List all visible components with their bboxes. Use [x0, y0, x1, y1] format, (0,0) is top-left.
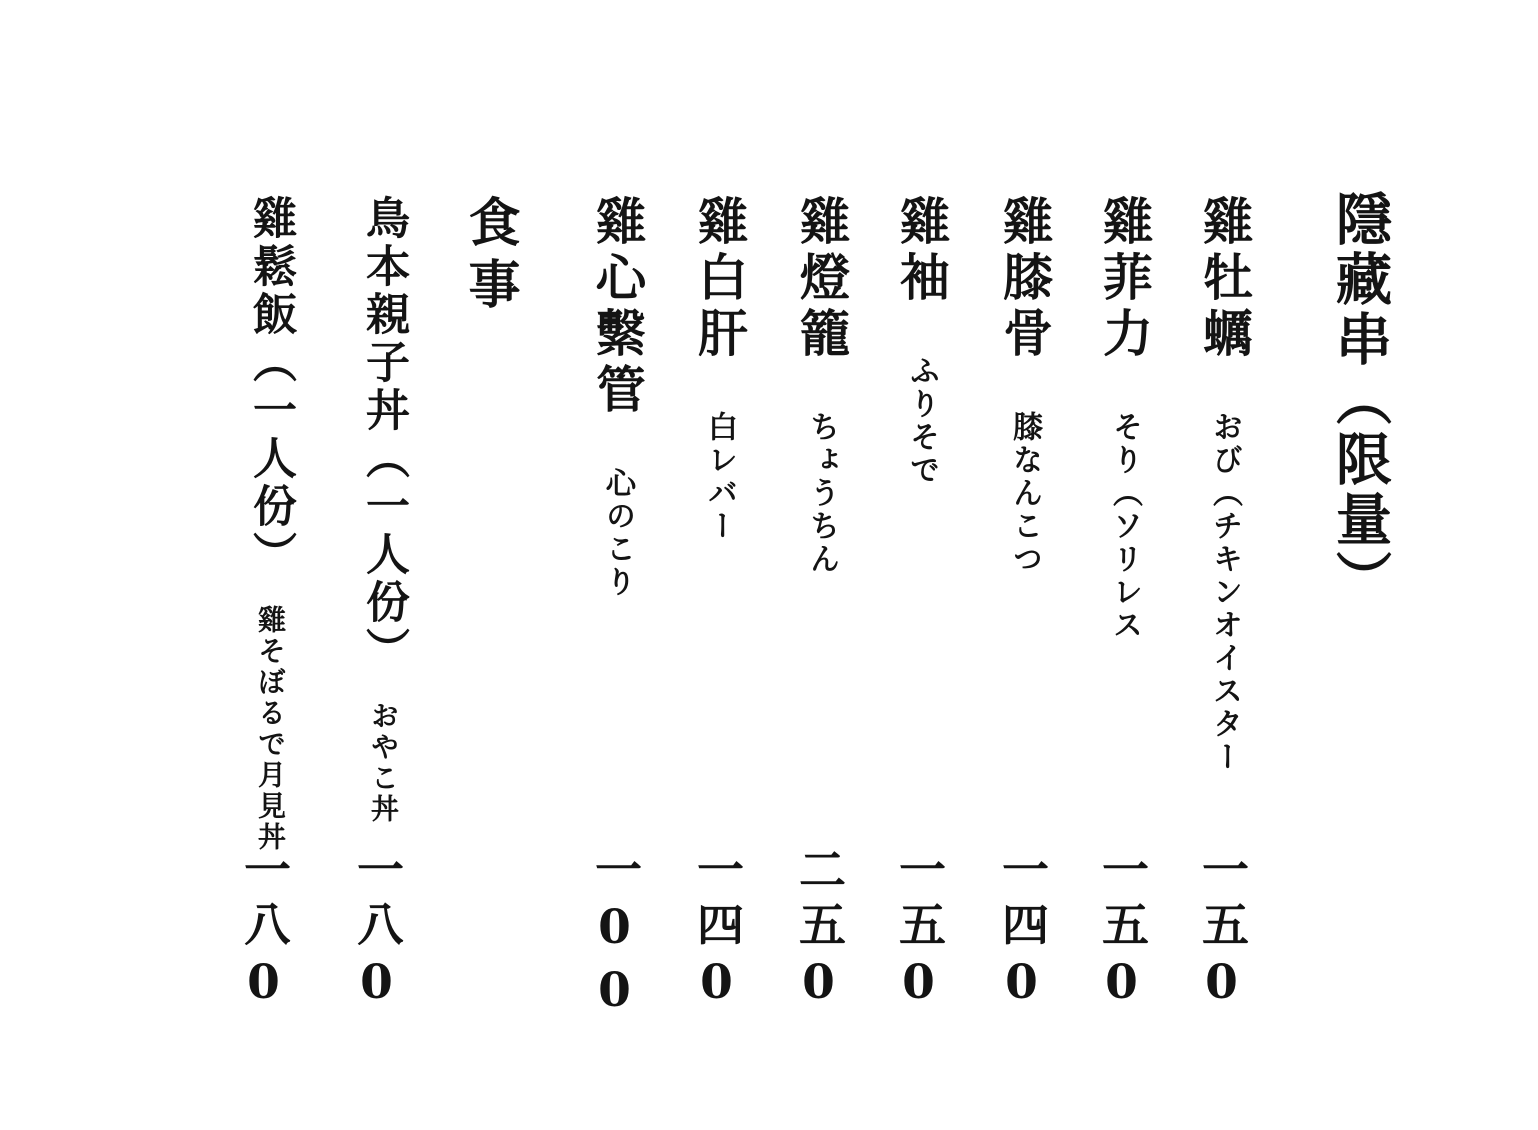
section-header: 食事 — [459, 195, 520, 319]
menu-item-note: 雞そぼるで月見丼 — [254, 605, 287, 853]
menu-item-price: 一八0 — [338, 845, 410, 1125]
menu-item-name: 雞心繫管 — [588, 195, 647, 419]
menu-item-note: 心のこり — [600, 467, 635, 599]
menu-item-price: 一五0 — [880, 845, 952, 1125]
menu-item-column: 雞袖ふりそで — [885, 195, 957, 915]
menu-item-note: ちょうちん — [804, 411, 839, 576]
menu-item-column: 雞心繫管心のこり — [581, 195, 653, 915]
menu-item-note: ふりそで — [904, 355, 939, 487]
menu-item-name: 雞膝骨 — [995, 195, 1054, 363]
menu-title: 隱藏串︵限量︶ — [1316, 190, 1400, 950]
menu-item-note: おび︵チキンオイスター — [1207, 411, 1242, 774]
menu-item-note: そり︵ソリレス — [1107, 411, 1142, 642]
section-header-column: 食事 — [455, 195, 527, 915]
menu-item-price: 一五0 — [1083, 845, 1155, 1125]
menu-item-name: 雞菲力 — [1095, 195, 1154, 363]
menu-item-price: 一00 — [576, 845, 648, 1125]
menu-item-column: 雞燈籠ちょうちん — [785, 195, 857, 915]
menu-item-column: 雞鬆飯︵一人份︶雞そぼるで月見丼 — [230, 195, 302, 915]
menu-item-price: 一八0 — [225, 845, 297, 1125]
menu-item-name: 雞牡蠣 — [1195, 195, 1254, 363]
menu-item-price: 二五0 — [780, 845, 852, 1125]
menu-item-price: 一四0 — [678, 845, 750, 1125]
menu-item-name: 雞燈籠 — [792, 195, 851, 363]
menu-item-name: 雞鬆飯︵一人份︶ — [245, 195, 296, 579]
menu-item-name: 雞白肝 — [690, 195, 749, 363]
menu-item-column: 雞牡蠣おび︵チキンオイスター — [1188, 195, 1260, 915]
menu-item-column: 雞膝骨膝なんこつ — [988, 195, 1060, 915]
menu-item-price: 一四0 — [983, 845, 1055, 1125]
menu-item-price: 一五0 — [1183, 845, 1255, 1125]
menu-item-column: 雞白肝白レバー — [683, 195, 755, 915]
menu-item-note: 白レバー — [702, 411, 737, 543]
menu-item-column: 雞菲力そり︵ソリレス — [1088, 195, 1160, 915]
menu-item-name: 鳥本親子丼︵一人份︶ — [358, 195, 409, 675]
menu-item-note: 膝なんこつ — [1007, 411, 1042, 576]
menu-page: 隱藏串︵限量︶ 雞牡蠣おび︵チキンオイスター 一五0 雞菲力そり︵ソリレス 一五… — [0, 0, 1538, 1130]
menu-item-name: 雞袖 — [892, 195, 951, 307]
menu-item-column: 鳥本親子丼︵一人份︶おやこ丼 — [343, 195, 415, 915]
menu-item-note: おやこ丼 — [367, 701, 400, 825]
